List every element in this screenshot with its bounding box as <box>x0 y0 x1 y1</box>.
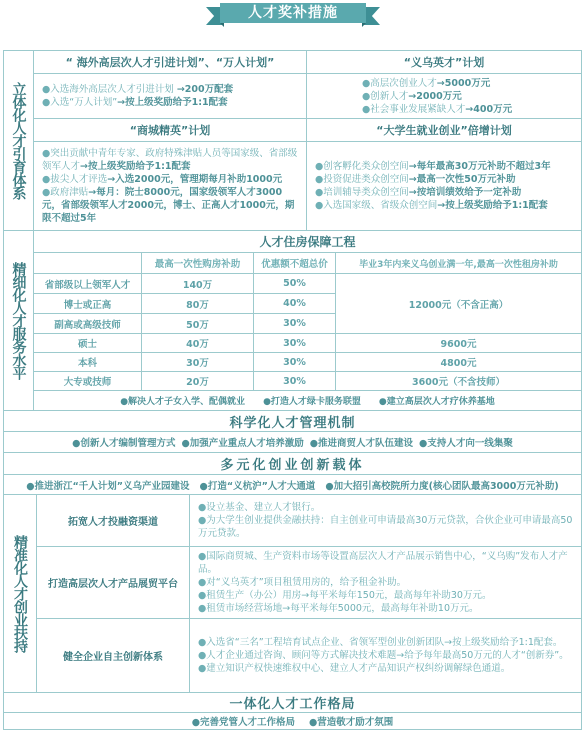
ratio-value: 30% <box>254 314 336 334</box>
support-body-innovation: ●入选省“三名”工程培育试点企业、省领军型创业创新团队→按上级奖励给予1:1配套… <box>190 619 581 693</box>
list-item: ●拔尖人才评选→入选2000元，管理期每月补助1000元 <box>42 173 298 186</box>
ratio-value: 30% <box>254 353 336 372</box>
purchase-value: 30万 <box>142 353 254 372</box>
list-item: ●营造敬才励才氛围 <box>309 714 393 728</box>
list-item: ●政府津贴→每月：院士8000元，国家级领军人才3000元，省部级领军人才200… <box>42 186 298 225</box>
plan-title-overseas: “ 海外高层次人才引进计划”、“万人计划” <box>34 51 307 74</box>
section-label-talent-service: 精细化人才服务水平 <box>4 231 34 411</box>
ratio-value: 40% <box>254 294 336 314</box>
section-title-management: 科学化人才管理机制 <box>4 411 581 432</box>
service-bullets: ●解决人才子女入学、配偶就业 ●打造人才绿卡服务联盟 ●建立高层次人才疗休养基地 <box>34 391 581 411</box>
section-label-entrepreneurship: 精准化人才创业扶持 <box>4 495 37 693</box>
column-header-purchase-subsidy: 最高一次性购房补助 <box>142 253 254 274</box>
plan-body-graduate: ●创客孵化类众创空间→每年最高30万元补助不超过3年 ●投资促进类众创空间→最高… <box>307 142 581 231</box>
list-item: ●为大学生创业提供金融扶持：自主创业可申请最高30万元贷款，合伙企业可申请最高5… <box>198 514 573 540</box>
work-pattern-bullets: ●完善党管人才工作格局 ●营造敬才励才氛围 <box>4 713 581 729</box>
list-item: ●完善党管人才工作格局 <box>192 714 295 728</box>
plan-title-elite: “商城精英”计划 <box>34 119 307 142</box>
ratio-value: 30% <box>254 372 336 391</box>
list-item: ●打造“义杭沪”人才大通道 <box>200 478 316 492</box>
row-label: 省部级以上领军人才 <box>34 274 142 294</box>
list-item: ●租赁生产（办公）用房→每平米每年150元，最高每年补助30万元。 <box>198 589 573 602</box>
ratio-value: 30% <box>254 334 336 353</box>
row-label: 大专或技师 <box>34 372 142 391</box>
list-item: ●入选国家级、省级众创空间→按上级奖励给予1:1配套 <box>315 199 573 212</box>
list-item: ●加强产业重点人才培养激励 <box>181 435 303 449</box>
rent-value-college: 3600元（不含技师） <box>336 372 581 391</box>
list-item: ●入选省“三名”工程培育试点企业、省领军型创业创新团队→按上级奖励给予1:1配套… <box>198 636 573 649</box>
housing-title: 人才住房保障工程 <box>34 231 581 253</box>
support-label: 拓宽人才投融资渠道 <box>37 495 190 547</box>
list-item: ●培训辅导类众创空间→按培训绩效给予一定补助 <box>315 186 573 199</box>
list-item: ●入选海外高层次人才引进计划 →200万配套 <box>42 83 298 96</box>
purchase-value: 20万 <box>142 372 254 391</box>
plan-title-yiwu-talent: “义乌英才”计划 <box>307 51 581 74</box>
row-label: 副高或高级技师 <box>34 314 142 334</box>
list-item: ●解决人才子女入学、配偶就业 <box>120 394 245 407</box>
management-bullets: ●创新人才编制管理方式 ●加强产业重点人才培养激励 ●推进商贸人才队伍建设 ●支… <box>4 432 581 453</box>
plan-title-graduate: “大学生就业创业”倍增计划 <box>307 119 581 142</box>
list-item: ●推进商贸人才队伍建设 <box>310 435 413 449</box>
section-title-carriers: 多元化创业创新载体 <box>4 453 581 475</box>
measures-table: 立体化人才引育体系 “ 海外高层次人才引进计划”、“万人计划” “义乌英才”计划… <box>3 50 582 730</box>
row-label: 博士或正高 <box>34 294 142 314</box>
list-item: ●租赁市场经营场地→每平米每年5000元，最高每年补助10万元。 <box>198 602 573 615</box>
list-item: ●建立高层次人才疗休养基地 <box>379 394 495 407</box>
purchase-value: 80万 <box>142 294 254 314</box>
rent-value-master: 9600元 <box>336 334 581 353</box>
column-header-ratio: 优惠额不超总价 <box>254 253 336 274</box>
support-label: 健全企业自主创新体系 <box>37 619 190 693</box>
page-title: 人才奖补措施 <box>220 3 366 23</box>
purchase-value: 140万 <box>142 274 254 294</box>
support-body-exhibition: ●国际商贸城、生产资料市场等设置高层次人才产品展示销售中心，“义乌购”发布人才产… <box>190 547 581 619</box>
plan-body-overseas: ●入选海外高层次人才引进计划 →200万配套 ●入选“万人计划”→按上级奖励给予… <box>34 74 307 119</box>
ribbon-fold-left <box>220 23 224 27</box>
carrier-bullets: ●推进浙江“千人计划”义乌产业园建设 ●打造“义杭沪”人才大通道 ●加大招引高校… <box>4 475 581 495</box>
section-label-talent-introduction: 立体化人才引育体系 <box>4 51 34 231</box>
purchase-value: 50万 <box>142 314 254 334</box>
column-header-rent-subsidy: 毕业3年内来义乌创业满一年,最高一次性租房补助 <box>336 253 581 274</box>
list-item: ●创新人才→2000万元 <box>362 90 573 103</box>
list-item: ●创新人才编制管理方式 <box>72 435 175 449</box>
rent-value-bachelor: 4800元 <box>336 353 581 372</box>
list-item: ●社会事业发展紧缺人才→400万元 <box>362 103 573 116</box>
list-item: ●创客孵化类众创空间→每年最高30万元补助不超过3年 <box>315 160 573 173</box>
list-item: ●突出贡献中青年专家、政府特殊津贴人员等国家级、省部级领军人才→按上级奖励给予1… <box>42 147 298 173</box>
ribbon-fold-right <box>362 23 366 27</box>
list-item: ●投资促进类众创空间→最高一次性50万元补助 <box>315 173 573 186</box>
list-item: ●对“义乌英才”项目租赁用房的，给予租金补助。 <box>198 576 573 589</box>
section-title-work-pattern: 一体化人才工作格局 <box>4 693 581 713</box>
list-item: ●入选“万人计划”→按上级奖励给予1:1配套 <box>42 96 298 109</box>
ratio-value: 50% <box>254 274 336 294</box>
list-item: ●打造人才绿卡服务联盟 <box>263 394 361 407</box>
list-item: ●设立基金、建立人才银行。 <box>198 501 573 514</box>
purchase-value: 40万 <box>142 334 254 353</box>
plan-body-elite: ●突出贡献中青年专家、政府特殊津贴人员等国家级、省部级领军人才→按上级奖励给予1… <box>34 142 307 231</box>
list-item: ●加大招引高校院所力度(核心团队最高3000万元补助) <box>325 478 558 492</box>
row-label: 本科 <box>34 353 142 372</box>
column-header-category <box>34 253 142 274</box>
rent-value-senior: 12000元（不含正高） <box>336 274 581 334</box>
list-item: ●国际商贸城、生产资料市场等设置高层次人才产品展示销售中心，“义乌购”发布人才产… <box>198 550 573 576</box>
plan-body-yiwu-talent: ●高层次创业人才→5000万元 ●创新人才→2000万元 ●社会事业发展紧缺人才… <box>307 74 581 119</box>
list-item: ●高层次创业人才→5000万元 <box>362 77 573 90</box>
list-item: ●人才企业通过咨询、顾问等方式解决技术难题→给予每年最高50万元的人才“创新券”… <box>198 649 573 662</box>
row-label: 硕士 <box>34 334 142 353</box>
list-item: ●支持人才向一线集聚 <box>419 435 513 449</box>
list-item: ●推进浙江“千人计划”义乌产业园建设 <box>26 478 189 492</box>
support-label: 打造高层次人才产品展贸平台 <box>37 547 190 619</box>
list-item: ●建立知识产权快速维权中心、建立人才产品知识产权纠纷调解绿色通道。 <box>198 662 573 675</box>
title-banner: 人才奖补措施 <box>206 3 380 25</box>
support-body-financing: ●设立基金、建立人才银行。 ●为大学生创业提供金融扶持：自主创业可申请最高30万… <box>190 495 581 547</box>
